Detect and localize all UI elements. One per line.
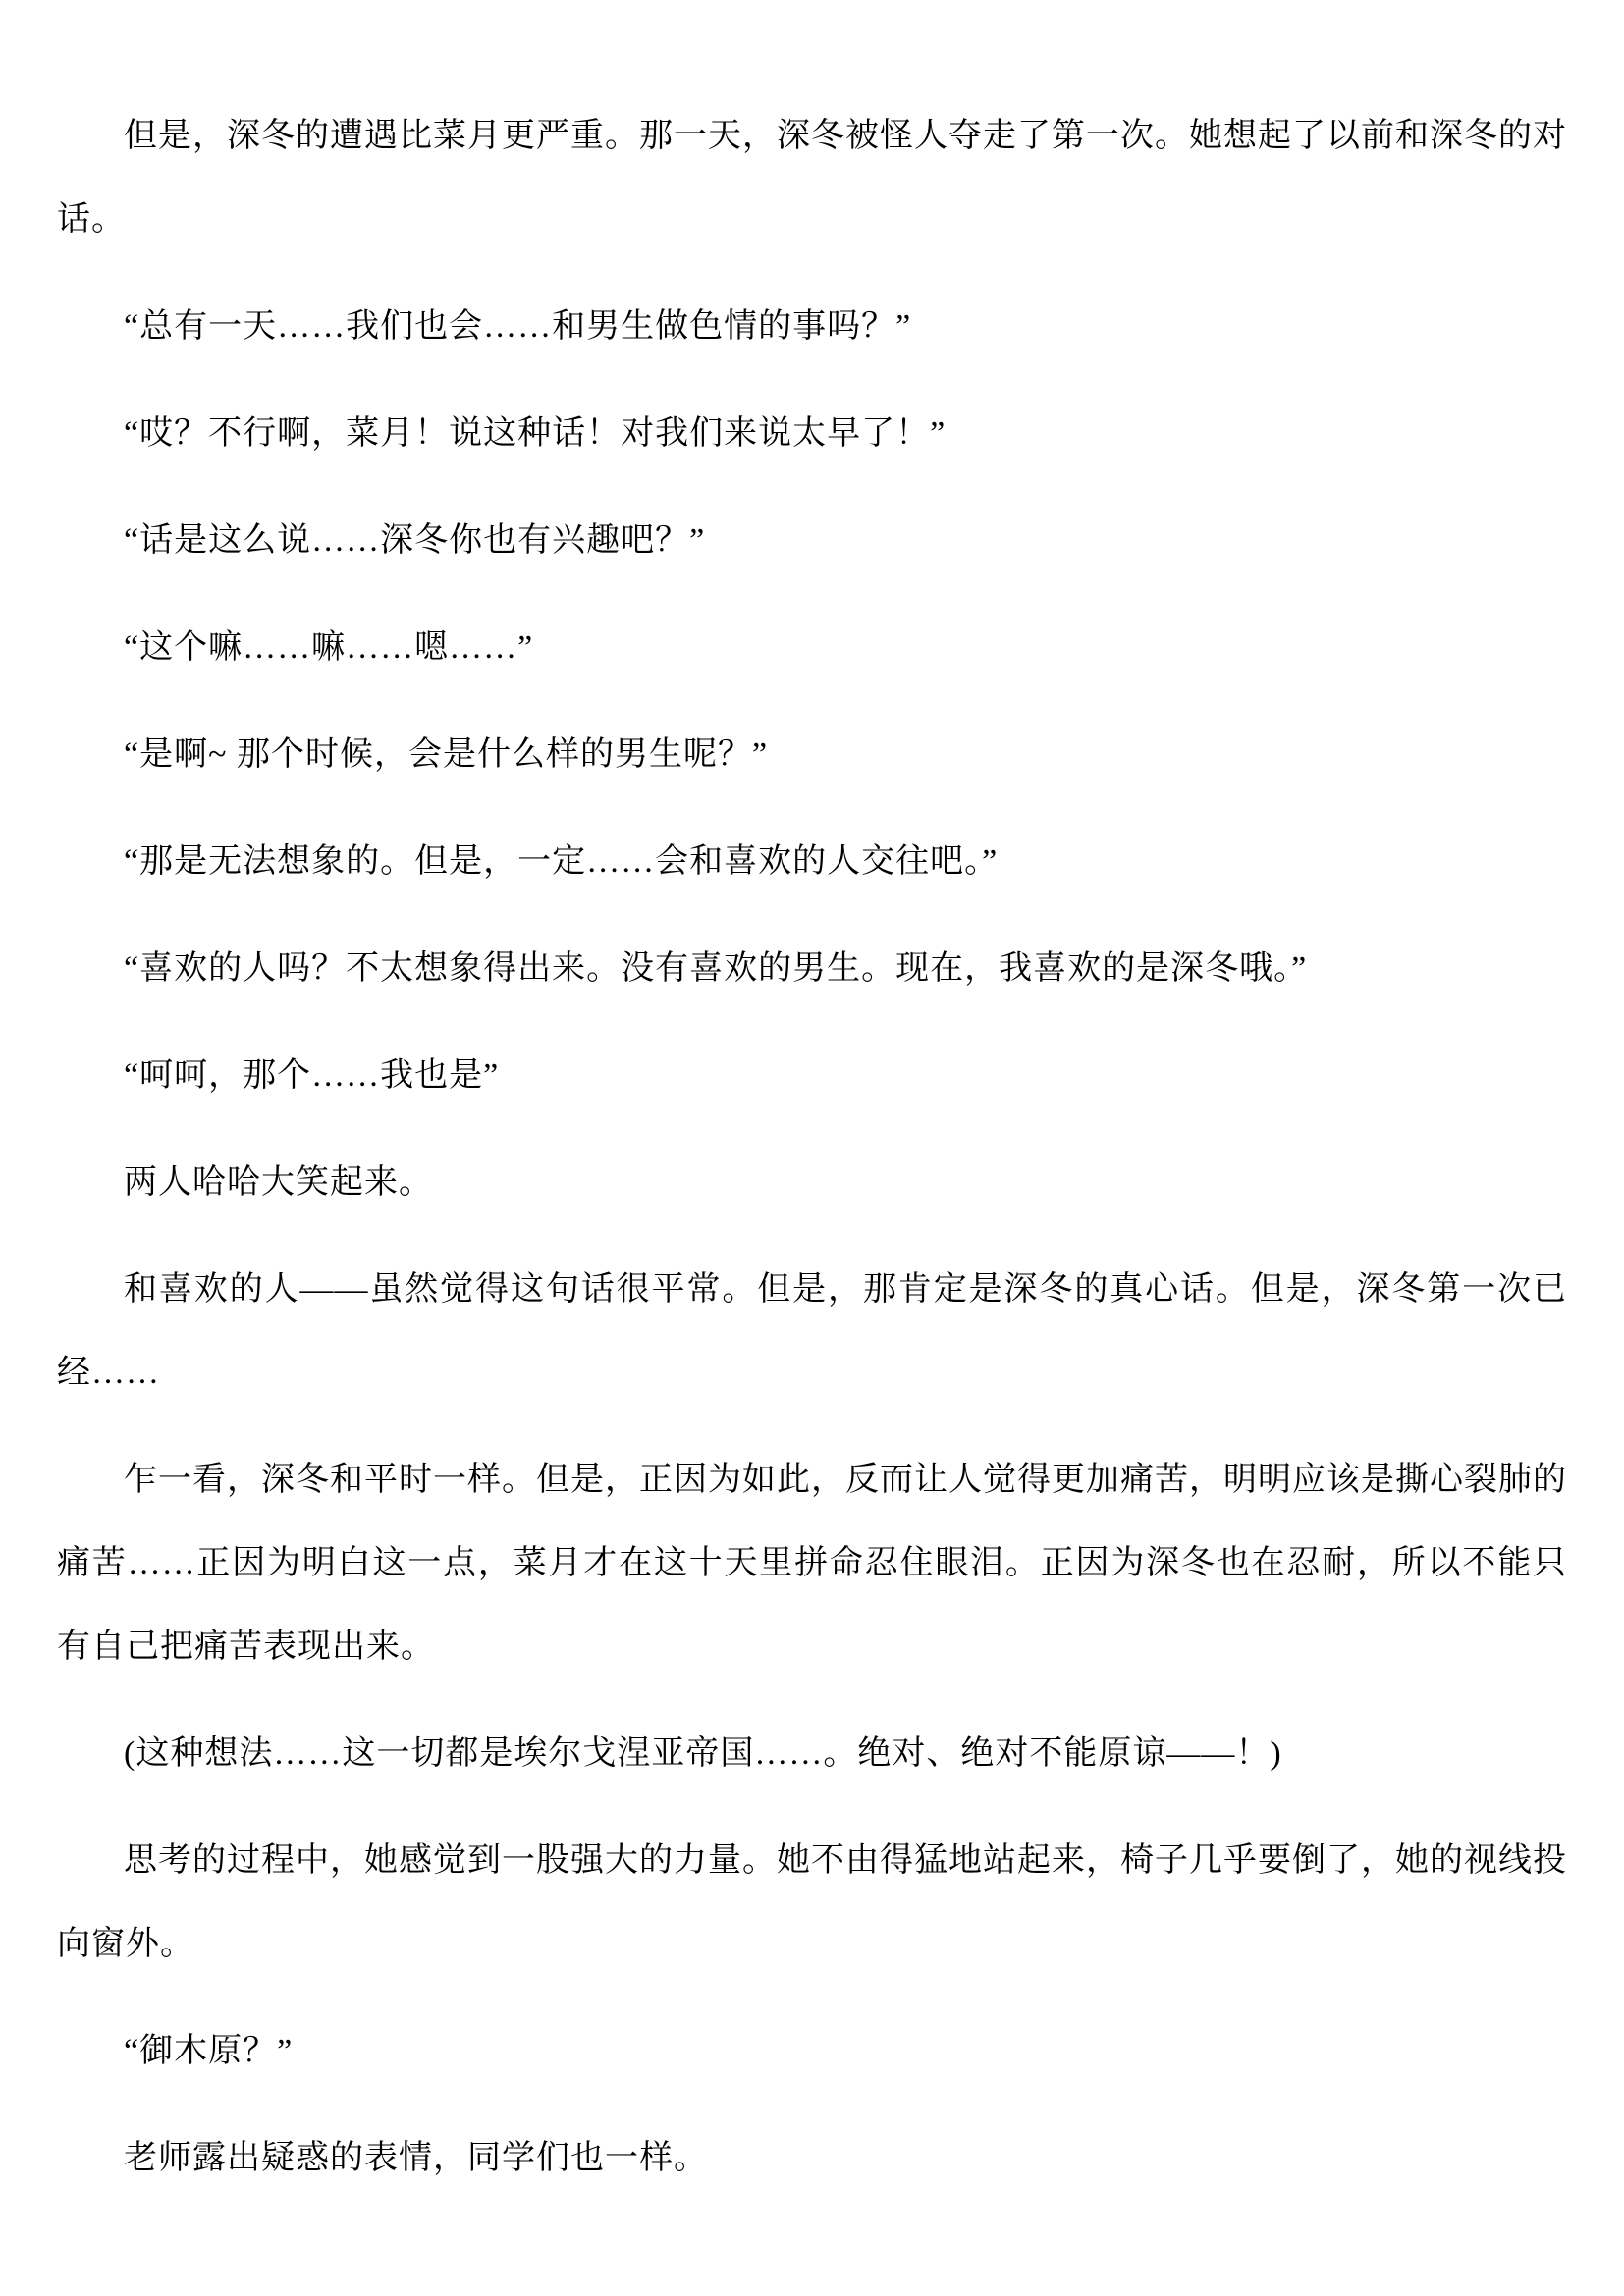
paragraph-dialogue: “御木原？” [57,2009,1567,2093]
document-page: 但是，深冬的遭遇比菜月更严重。那一天，深冬被怪人夺走了第一次。她想起了以前和深冬… [0,0,1624,2296]
paragraph-inner-thought: (这种想法……这一切都是埃尔戈涅亚帝国……。绝对、绝对不能原谅——！) [57,1712,1567,1795]
paragraph-dialogue: “那是无法想象的。但是，一定……会和喜欢的人交往吧。” [57,820,1567,903]
paragraph-dialogue: “总有一天……我们也会……和男生做色情的事吗？” [57,285,1567,368]
paragraph-dialogue: “哎？不行啊，菜月！说这种话！对我们来说太早了！” [57,392,1567,475]
paragraph-narration: 思考的过程中，她感觉到一股强大的力量。她不由得猛地站起来，椅子几乎要倒了，她的视… [57,1819,1567,1986]
paragraph-dialogue: “这个嘛……嘛……嗯……” [57,606,1567,689]
paragraph-narration: 但是，深冬的遭遇比菜月更严重。那一天，深冬被怪人夺走了第一次。她想起了以前和深冬… [57,94,1567,261]
paragraph-narration: 和喜欢的人——虽然觉得这句话很平常。但是，那肯定是深冬的真心话。但是，深冬第一次… [57,1248,1567,1415]
paragraph-narration: 老师露出疑惑的表情，同学们也一样。 [57,2116,1567,2200]
paragraph-dialogue: “喜欢的人吗？不太想象得出来。没有喜欢的男生。现在，我喜欢的是深冬哦。” [57,927,1567,1010]
paragraph-narration: 乍一看，深冬和平时一样。但是，正因为如此，反而让人觉得更加痛苦，明明应该是撕心裂… [57,1438,1567,1688]
paragraph-dialogue: “是啊~ 那个时候，会是什么样的男生呢？” [57,713,1567,796]
paragraph-narration: 两人哈哈大笑起来。 [57,1141,1567,1224]
paragraph-dialogue: “话是这么说……深冬你也有兴趣吧？” [57,499,1567,582]
paragraph-dialogue: “呵呵，那个……我也是” [57,1034,1567,1117]
